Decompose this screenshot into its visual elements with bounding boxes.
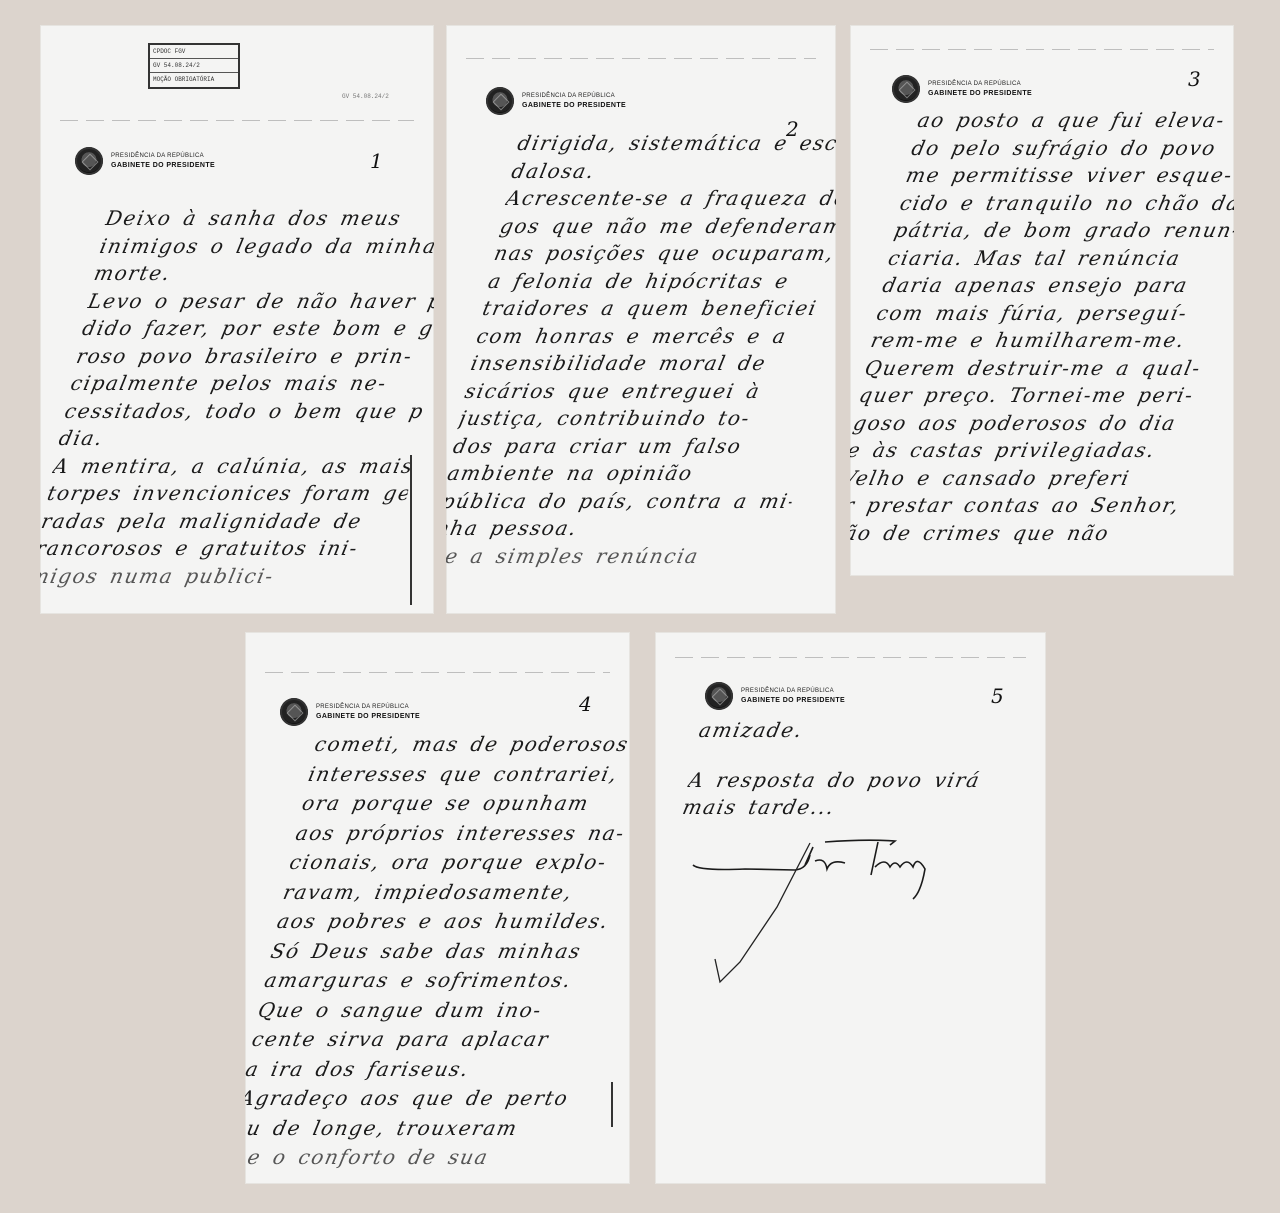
text-line: cometi, mas de poderosos (312, 730, 630, 760)
text-line: Velho e cansado preferi (850, 465, 1195, 493)
letter-page-4: PRESIDÊNCIA DA REPÚBLICA GABINETE DO PRE… (245, 632, 630, 1184)
handwritten-text: dirigida, sistemática e escan- dalosa. A… (446, 130, 836, 570)
text-line: me permitisse viver esque- (903, 162, 1234, 190)
letterhead-line-1: PRESIDÊNCIA DA REPÚBLICA (741, 688, 845, 694)
text-line: com honras e mercês e a (474, 323, 830, 351)
text-line: A resposta do povo virá (686, 767, 1032, 795)
text-line: radas pela malignidade de (40, 508, 405, 536)
text-line: rancorosos e gratuitos ini- (40, 535, 399, 563)
text-line: A mentira, a calúnia, as mais (50, 453, 416, 481)
letterhead: PRESIDÊNCIA DA REPÚBLICA GABINETE DO PRE… (705, 682, 845, 710)
text-line: amarguras e sofrimentos. (262, 966, 613, 996)
handwritten-text: amizade. A resposta do povo virá mais ta… (680, 717, 1042, 822)
text-line: cionais, ora porque explo- (287, 848, 630, 878)
text-line: Querem destruir-me a qual- (862, 355, 1218, 383)
coat-of-arms-seal-icon (75, 147, 103, 175)
text-line: nas posições que ocuparam, (492, 240, 836, 268)
signature-icon (685, 837, 975, 987)
text-line: pública do país, contra a mi- (446, 488, 795, 516)
archive-stamp: CPDOC FGV GV 54.08.24/2 MOÇÃO OBRIGATÓRI… (148, 43, 240, 89)
stamp-line-3: MOÇÃO OBRIGATÓRIA (150, 73, 238, 86)
text-line: Acrescente-se a fraqueza de ami- (503, 185, 836, 213)
text-line: amizade. (696, 717, 1042, 745)
text-line: e às castas privilegiadas. (850, 437, 1201, 465)
page-rule (265, 672, 610, 673)
page-number: 5 (991, 684, 1004, 708)
page-number: 3 (1188, 67, 1201, 91)
text-line: mais tarde... (680, 794, 1026, 822)
text-line: ravam, impiedosamente, (280, 878, 630, 908)
text-line: daria apenas ensejo para (880, 272, 1234, 300)
text-line: ou de longe, trouxeram (245, 1114, 582, 1144)
text-line: aos próprios interesses na- (293, 819, 630, 849)
page-rule (675, 657, 1026, 658)
text-line: cipalmente pelos mais ne- (68, 370, 434, 398)
handwritten-text: cometi, mas de poderosos interesses que … (245, 730, 630, 1173)
margin-line (410, 455, 412, 605)
handwritten-text: ao posto a que fui eleva- do pelo sufrág… (850, 107, 1234, 547)
letter-page-5: PRESIDÊNCIA DA REPÚBLICA GABINETE DO PRE… (655, 632, 1046, 1184)
coat-of-arms-seal-icon (892, 75, 920, 103)
text-line: interesses que contrariei, (305, 760, 630, 790)
text-line: pátria, de bom grado renun- (892, 217, 1234, 245)
page-number: 1 (370, 149, 383, 173)
text-line: nha pessoa. (446, 515, 789, 543)
text-line: goso aos poderosos do dia (851, 410, 1207, 438)
stamp-line-1: CPDOC FGV (150, 45, 238, 59)
coat-of-arms-seal-icon (705, 682, 733, 710)
text-line: dos para criar um falso (451, 433, 807, 461)
letterhead-line-2: GABINETE DO PRESIDENTE (111, 162, 215, 169)
text-line: cido e tranquilo no chão da (897, 190, 1234, 218)
text-line: sicários que entreguei à (462, 378, 818, 406)
text-line: rem-me e humilharem-me. (868, 327, 1224, 355)
page-rule (870, 49, 1214, 50)
letter-page-3: PRESIDÊNCIA DA REPÚBLICA GABINETE DO PRE… (850, 25, 1234, 576)
text-line: cessitados, todo o bem que preten- (62, 398, 428, 426)
text-line: ao posto a que fui eleva- (915, 107, 1234, 135)
letterhead: PRESIDÊNCIA DA REPÚBLICA GABINETE DO PRE… (75, 147, 215, 175)
text-line: gos que não me defenderam (497, 213, 836, 241)
handwritten-text: Deixo à sanha dos meus inimigos o legado… (40, 205, 434, 590)
text-line: ora porque se opunham (299, 789, 630, 819)
letterhead: PRESIDÊNCIA DA REPÚBLICA GABINETE DO PRE… (280, 698, 420, 726)
text-line: inimigos o legado da minha (97, 233, 434, 261)
coat-of-arms-seal-icon (280, 698, 308, 726)
text-line: aos pobres e aos humildes. (274, 907, 625, 937)
letterhead-line-1: PRESIDÊNCIA DA REPÚBLICA (316, 704, 420, 710)
text-line: ciaria. Mas tal renúncia (886, 245, 1234, 273)
letter-page-2: PRESIDÊNCIA DA REPÚBLICA GABINETE DO PRE… (446, 25, 836, 614)
text-line: dirigida, sistemática e escan- (515, 130, 836, 158)
text-line: com mais fúria, perseguí- (874, 300, 1230, 328)
margin-line (611, 1082, 613, 1127)
letterhead-line-2: GABINETE DO PRESIDENTE (928, 90, 1032, 97)
text-line: do pelo sufrágio do povo (909, 135, 1234, 163)
letterhead: PRESIDÊNCIA DA REPÚBLICA GABINETE DO PRE… (486, 87, 626, 115)
text-line: a ira dos fariseus. (245, 1055, 594, 1085)
text-line: ambiente na opinião (446, 460, 801, 488)
page-rule (466, 58, 816, 59)
text-line: roso povo brasileiro e prin- (74, 343, 434, 371)
text-line: Agradeço aos que de perto (245, 1084, 588, 1114)
letterhead-line-2: GABINETE DO PRESIDENTE (522, 102, 626, 109)
text-line: migos numa publici- (40, 563, 393, 591)
page-rule (60, 120, 414, 121)
text-line: torpes invencionices foram ge- (45, 480, 411, 508)
text-line: Se a simples renúncia (446, 543, 783, 571)
letter-page-1: CPDOC FGV GV 54.08.24/2 MOÇÃO OBRIGATÓRI… (40, 25, 434, 614)
text-line: me o conforto de sua (245, 1143, 575, 1173)
text-line: dia. (56, 425, 422, 453)
text-line: cente sirva para aplacar (249, 1025, 600, 1055)
text-line: morte. (91, 260, 434, 288)
text-line: insensibilidade moral de (468, 350, 824, 378)
text-line: traidores a quem beneficiei (480, 295, 836, 323)
text-line: Só Deus sabe das minhas (268, 937, 619, 967)
letterhead-line-1: PRESIDÊNCIA DA REPÚBLICA (928, 81, 1032, 87)
letterhead: PRESIDÊNCIA DA REPÚBLICA GABINETE DO PRE… (892, 75, 1032, 103)
letterhead-line-2: GABINETE DO PRESIDENTE (316, 713, 420, 720)
text-line: Que o sangue dum ino- (255, 996, 606, 1026)
text-line: dido fazer, por este bom e gene- (80, 315, 434, 343)
text-line: Deixo à sanha dos meus (103, 205, 434, 233)
reference-code: GV 54.08.24/2 (342, 93, 389, 100)
text-line: ir prestar contas ao Senhor, (850, 492, 1189, 520)
text-line: dalosa. (509, 158, 836, 186)
letterhead-line-1: PRESIDÊNCIA DA REPÚBLICA (111, 153, 215, 159)
page-number: 4 (579, 692, 592, 716)
coat-of-arms-seal-icon (486, 87, 514, 115)
text-line: a felonia de hipócritas e (486, 268, 836, 296)
letterhead-line-1: PRESIDÊNCIA DA REPÚBLICA (522, 93, 626, 99)
stamp-line-2: GV 54.08.24/2 (150, 59, 238, 73)
text-line: justiça, contribuindo to- (456, 405, 812, 433)
text-line: quer preço. Tornei-me peri- (856, 382, 1212, 410)
text-line: não de crimes que não (850, 520, 1183, 548)
text-line: Levo o pesar de não haver po- (86, 288, 434, 316)
letterhead-line-2: GABINETE DO PRESIDENTE (741, 697, 845, 704)
